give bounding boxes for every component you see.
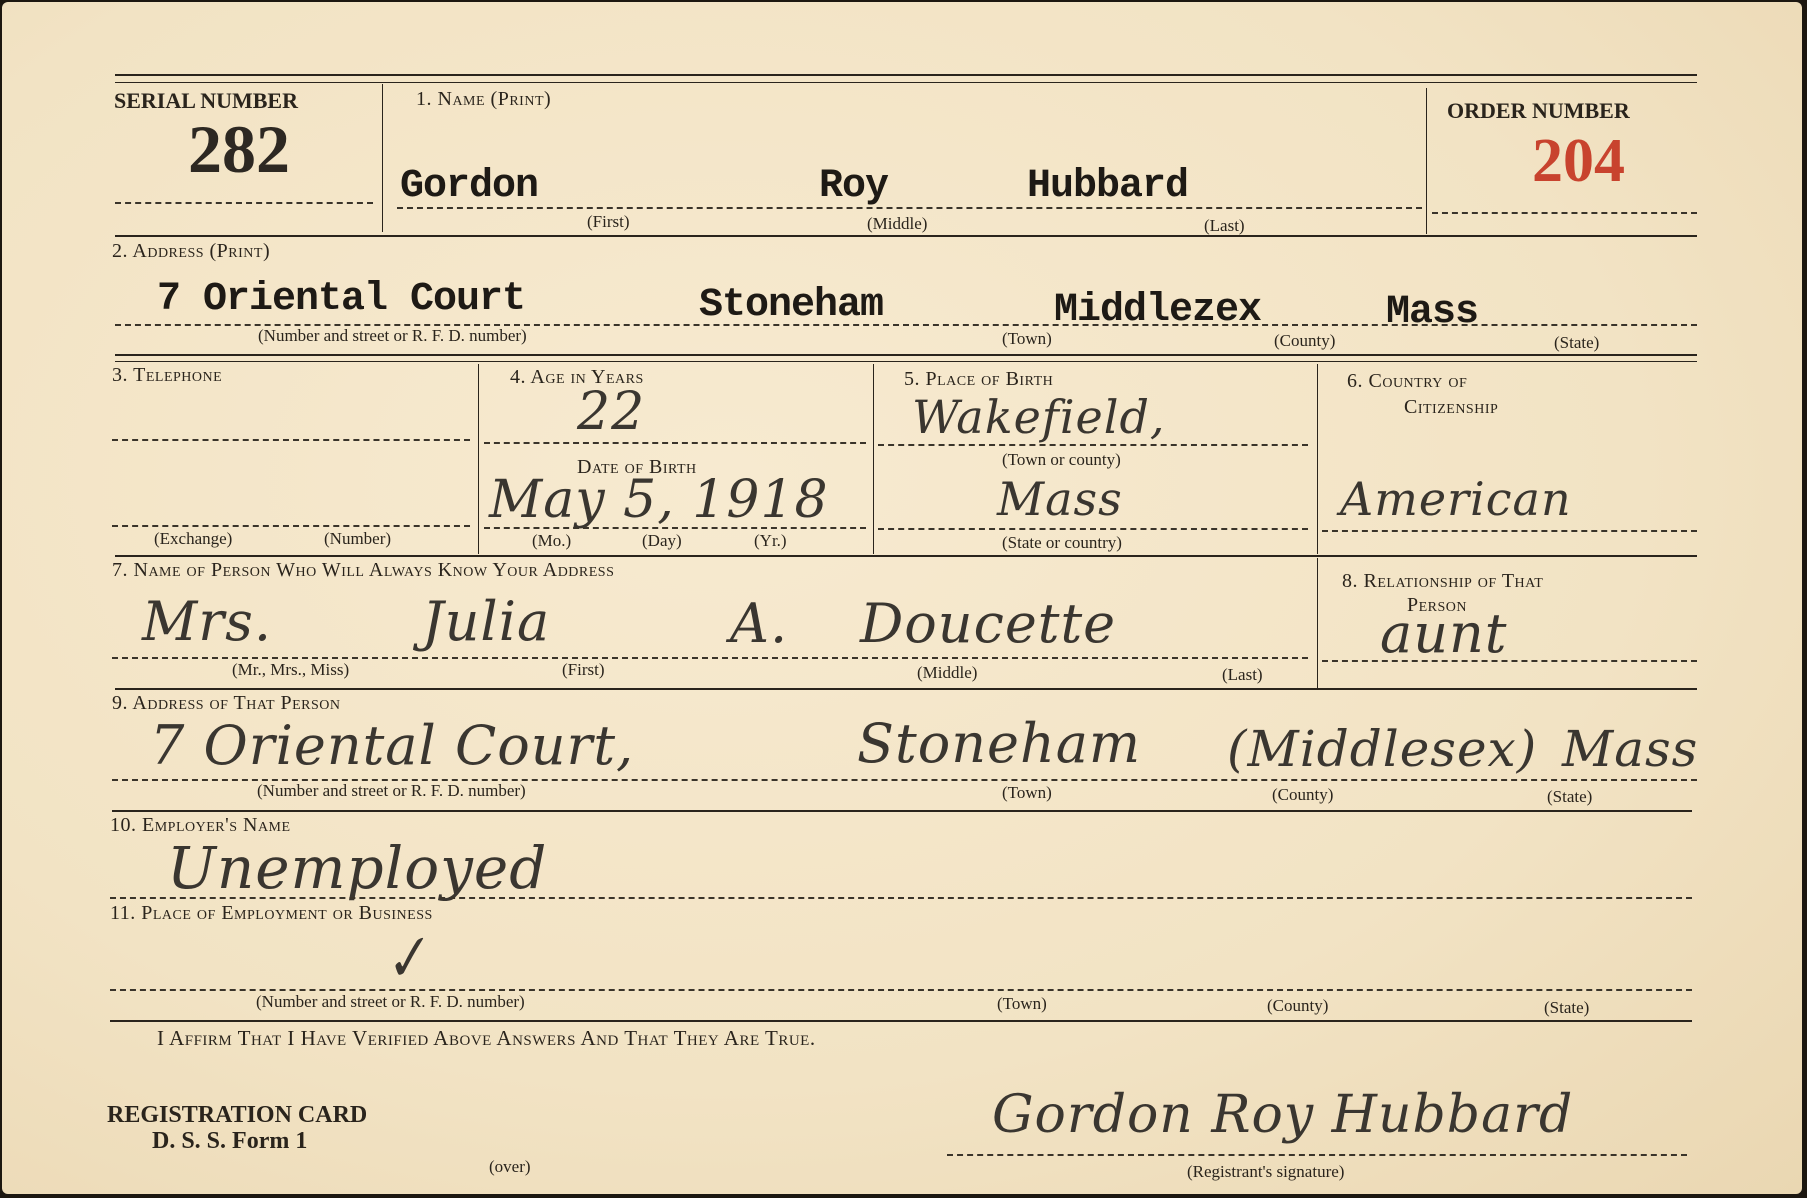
caption-county: (County): [1267, 996, 1328, 1016]
birthplace-town-underline: [878, 444, 1308, 446]
contact-address-state: Mass: [1562, 720, 1698, 778]
order-number-label: ORDER NUMBER: [1447, 98, 1630, 124]
employer-underline: [110, 897, 1692, 899]
signature-caption: (Registrant's signature): [1187, 1162, 1344, 1182]
age-value: 22: [577, 382, 645, 442]
citizenship-underline: [1322, 530, 1697, 532]
employment-place-underline: [110, 989, 1692, 991]
caption-state: (State): [1544, 998, 1589, 1018]
contact-underline: [112, 657, 1308, 659]
caption-state: (State): [1547, 787, 1592, 807]
caption-last: (Last): [1222, 665, 1263, 685]
caption-street: (Number and street or R. F. D. number): [258, 326, 527, 346]
serial-number-value: 282: [188, 110, 290, 189]
signature-underline: [947, 1154, 1687, 1156]
form-title: REGISTRATION CARD: [107, 1102, 367, 1129]
telephone-label: 3. Telephone: [112, 364, 222, 387]
caption-first: (First): [562, 660, 605, 680]
registration-card: SERIAL NUMBER 282 1. Name (Print) Gordon…: [2, 2, 1802, 1194]
birthplace-state: Mass: [997, 472, 1123, 526]
caption-town: (Town): [1002, 329, 1052, 349]
rule: [115, 354, 1697, 356]
caption-first: (First): [587, 212, 630, 232]
caption-street: (Number and street or R. F. D. number): [256, 992, 525, 1012]
caption-year: (Yr.): [754, 531, 787, 551]
top-rule-inner: [115, 82, 1697, 83]
name-underline: [397, 207, 1422, 209]
address-town: Stoneham: [699, 283, 883, 328]
caption-county: (County): [1272, 785, 1333, 805]
name-first: Gordon: [400, 164, 538, 209]
relationship-label-1: 8. Relationship of That: [1342, 570, 1543, 593]
caption-county: (County): [1274, 331, 1335, 351]
serial-underline: [115, 202, 373, 204]
caption-month: (Mo.): [532, 531, 571, 551]
top-rule: [115, 74, 1697, 76]
divider: [478, 364, 479, 554]
birthplace-state-underline: [878, 528, 1308, 530]
caption-town: (Town): [1002, 783, 1052, 803]
order-number-value: 204: [1532, 126, 1625, 197]
caption-state-or-country: (State or country): [1002, 533, 1122, 553]
rule: [115, 555, 1697, 557]
birthplace-town: Wakefield,: [912, 390, 1166, 444]
caption-middle: (Middle): [917, 663, 977, 683]
rule: [112, 810, 1692, 812]
caption-middle: (Middle): [867, 214, 927, 234]
caption-street: (Number and street or R. F. D. number): [257, 781, 526, 801]
form-number: D. S. S. Form 1: [152, 1128, 307, 1155]
relationship-underline: [1322, 660, 1697, 662]
contact-address-label: 9. Address of That Person: [112, 692, 341, 715]
contact-address-town: Stoneham: [857, 712, 1141, 775]
telephone-underline-2: [112, 525, 470, 527]
divider: [382, 84, 383, 232]
affirmation-text: I Affirm That I Have Verified Above Answ…: [157, 1026, 816, 1051]
caption-day: (Day): [642, 531, 682, 551]
employment-place-label: 11. Place of Employment or Business: [110, 902, 433, 925]
contact-title: Mrs.: [142, 590, 272, 653]
relationship-value: aunt: [1380, 602, 1507, 665]
over-note: (over): [489, 1157, 531, 1177]
dob-value: May 5, 1918: [489, 470, 829, 530]
caption-title: (Mr., Mrs., Miss): [232, 660, 349, 680]
employer-value: Unemployed: [167, 834, 547, 902]
caption-number: (Number): [324, 529, 391, 549]
telephone-underline-1: [112, 439, 470, 441]
age-underline: [484, 442, 866, 444]
address-state: Mass: [1386, 290, 1478, 335]
check-mark-icon: ✓: [374, 922, 437, 997]
name-last: Hubbard: [1027, 164, 1188, 209]
caption-exchange: (Exchange): [154, 529, 232, 549]
order-underline: [1432, 212, 1697, 214]
rule: [110, 1020, 1692, 1022]
name-label: 1. Name (Print): [416, 88, 551, 111]
caption-town: (Town): [997, 994, 1047, 1014]
citizenship-label-1: 6. Country of: [1347, 370, 1467, 393]
contact-address-street: 7 Oriental Court,: [150, 714, 634, 777]
rule-inner: [115, 361, 1697, 362]
divider: [1426, 88, 1427, 234]
birthplace-label: 5. Place of Birth: [904, 368, 1053, 391]
rule: [115, 688, 1697, 690]
contact-first: Julia: [422, 590, 550, 653]
name-middle: Roy: [819, 164, 888, 209]
address-label: 2. Address (Print): [112, 240, 270, 263]
divider: [1317, 558, 1318, 688]
rule: [115, 235, 1697, 237]
contact-address-county: (Middlesex): [1227, 720, 1537, 778]
address-street: 7 Oriental Court: [157, 277, 525, 322]
caption-state: (State): [1554, 333, 1599, 353]
caption-last: (Last): [1204, 216, 1245, 236]
caption-town-or-county: (Town or county): [1002, 450, 1121, 470]
dob-underline: [484, 527, 866, 529]
contact-middle: A.: [730, 592, 788, 655]
citizenship-value: American: [1340, 472, 1572, 526]
contact-last: Doucette: [860, 592, 1116, 655]
citizenship-label-2: Citizenship: [1404, 396, 1498, 419]
contact-label: 7. Name of Person Who Will Always Know Y…: [112, 559, 614, 582]
divider: [1317, 364, 1318, 554]
divider: [873, 364, 874, 554]
registrant-signature: Gordon Roy Hubbard: [992, 1085, 1573, 1145]
address-county: Middlezex: [1054, 288, 1261, 333]
